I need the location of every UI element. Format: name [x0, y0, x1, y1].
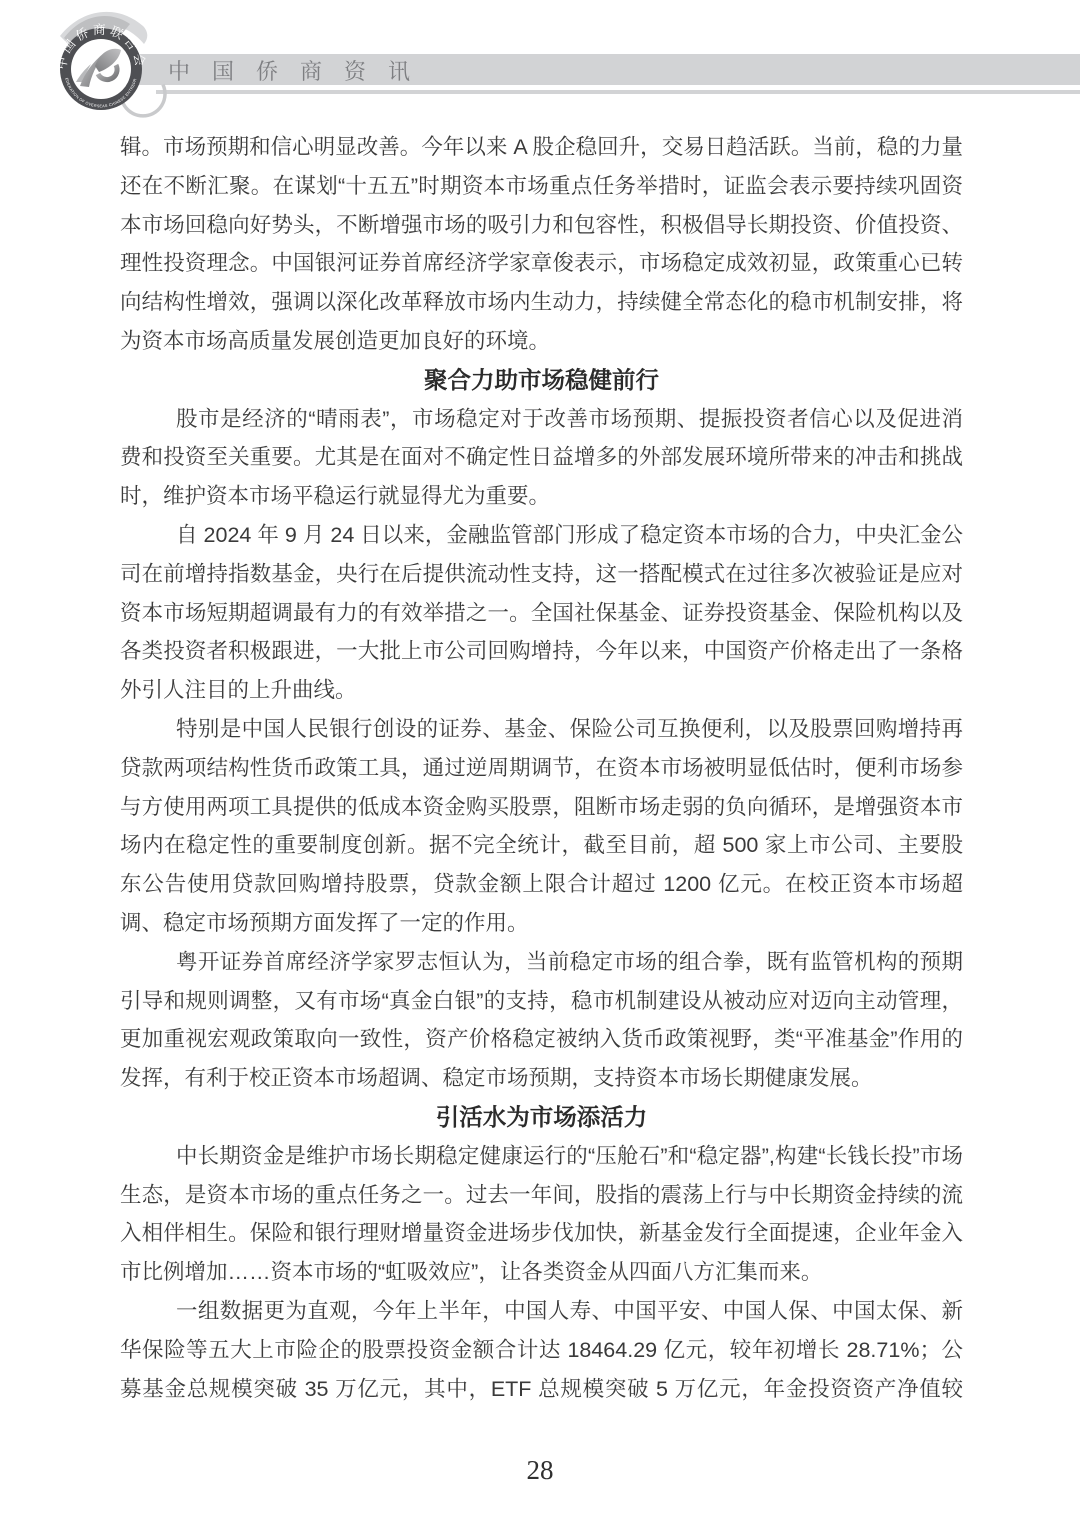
article-body: 辑。市场预期和信心明显改善。今年以来 A 股企稳回升，交易日趋活跃。当前，稳的力…: [120, 128, 963, 1408]
paragraph: 股市是经济的“晴雨表”，市场稳定对于改善市场预期、提振投资者信心以及促进消费和投…: [120, 400, 963, 516]
paragraph: 中长期资金是维护市场长期稳定健康运行的“压舱石”和“稳定器”,构建“长钱长投”市…: [120, 1137, 963, 1292]
paragraph-continuation: 辑。市场预期和信心明显改善。今年以来 A 股企稳回升，交易日趋活跃。当前，稳的力…: [120, 128, 963, 361]
page-number: 28: [0, 1455, 1080, 1486]
publication-title: 中国侨商资讯: [168, 61, 432, 83]
section-heading-1: 聚合力助市场稳健前行: [120, 361, 963, 400]
paragraph: 粤开证券首席经济学家罗志恒认为，当前稳定市场的组合拳，既有监管机构的预期引导和规…: [120, 943, 963, 1098]
section-heading-2: 引活水为市场添活力: [120, 1098, 963, 1137]
paragraph-runover: 一组数据更为直观，今年上半年，中国人寿、中国平安、中国人保、中国太保、新华保险等…: [120, 1292, 963, 1408]
paragraph: 自 2024 年 9 月 24 日以来，金融监管部门形成了稳定资本市场的合力，中…: [120, 516, 963, 710]
header-band-underline: [156, 90, 1080, 94]
paragraph: 特别是中国人民银行创设的证券、基金、保险公司互换便利，以及股票回购增持再贷款两项…: [120, 710, 963, 943]
document-page: 中国侨商资讯: [0, 0, 1080, 1525]
federation-logo: 中国侨商联合会 CHINA FEDERATION OF OVERSEAS CHI…: [0, 0, 200, 140]
